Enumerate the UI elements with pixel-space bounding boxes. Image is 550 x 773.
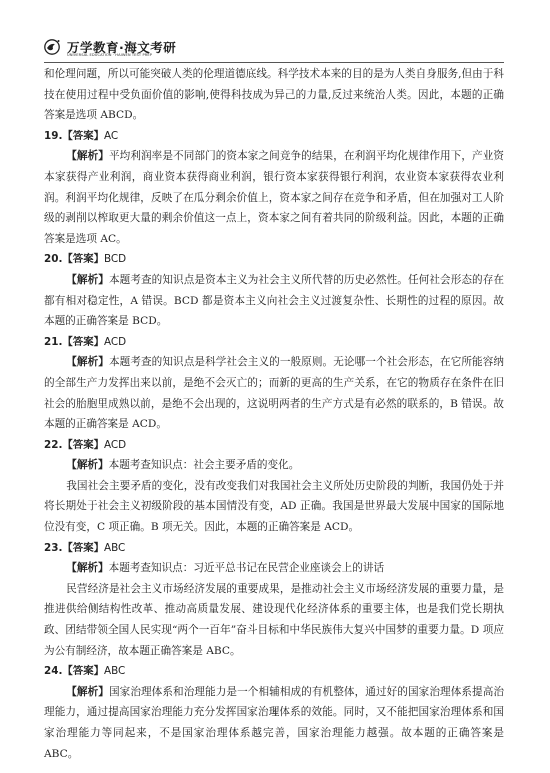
answer-label: 【答案】 [62, 336, 104, 348]
question-20-analysis: 【解析】本题考查的知识点是资本主义为社会主义所代替的历史必然性。任何社会形态的存… [44, 270, 504, 332]
question-number: 21. [44, 336, 62, 348]
analysis-text: 本题考查知识点：社会主要矛盾的变化。 [109, 459, 300, 471]
question-number: 22. [44, 439, 62, 451]
analysis-label: 【解析】 [66, 150, 109, 162]
answer-value: ACD [104, 336, 126, 348]
analysis-label: 【解析】 [66, 686, 109, 698]
analysis-label: 【解析】 [66, 459, 108, 471]
question-22-body: 我国社会主要矛盾的变化，没有改变我们对我国社会主义所处历史阶段的判断，我国仍处于… [44, 476, 504, 538]
answer-value: ABC [104, 665, 125, 677]
question-23-body: 民营经济是社会主义市场经济发展的重要成果，是推动社会主义市场经济发展的重要力量，… [44, 579, 504, 661]
header-divider [44, 62, 504, 63]
answer-label: 【答案】 [62, 439, 104, 451]
question-19-answer: 19.【答案】AC [44, 126, 504, 147]
answer-value: ABC [104, 542, 125, 554]
question-24-answer: 24.【答案】ABC [44, 661, 504, 682]
analysis-label: 【解析】 [66, 562, 108, 574]
analysis-text: 本题考查的知识点是科学社会主义的一般原则。无论哪一个社会形态，在它所能容纳的全部… [44, 356, 504, 430]
question-21-analysis: 【解析】本题考查的知识点是科学社会主义的一般原则。无论哪一个社会形态，在它所能容… [44, 352, 504, 434]
analysis-text: 本题考查知识点：习近平总书记在民营企业座谈会上的讲话 [109, 562, 384, 574]
question-19-analysis: 【解析】平均利润率是不同部门的资本家之间竞争的结果，在利润平均化规律作用下，产业… [44, 146, 504, 249]
question-21-answer: 21.【答案】ACD [44, 332, 504, 353]
question-number: 24. [44, 665, 62, 677]
question-20-answer: 20.【答案】BCD [44, 249, 504, 270]
answer-label: 【答案】 [62, 665, 104, 677]
question-24-analysis: 【解析】国家治理体系和治理能力是一个相辅相成的有机整体，通过好的国家治理体系提高… [44, 682, 504, 764]
question-23-analysis: 【解析】本题考查知识点：习近平总书记在民营企业座谈会上的讲话 [44, 558, 504, 579]
answer-label: 【答案】 [62, 253, 104, 265]
analysis-text: 国家治理体系和治理能力是一个相辅相成的有机整体，通过好的国家治理体系提高治理能力… [44, 686, 504, 760]
answer-label: 【答案】 [62, 542, 104, 554]
wanxue-logo-icon [44, 39, 60, 55]
answer-value: BCD [104, 253, 126, 265]
answer-label: 【答案】 [62, 130, 104, 142]
question-22-analysis: 【解析】本题考查知识点：社会主要矛盾的变化。 [44, 455, 504, 476]
analysis-text: 平均利润率是不同部门的资本家之间竞争的结果，在利润平均化规律作用下，产业资本家获… [44, 150, 504, 244]
analysis-label: 【解析】 [66, 274, 109, 286]
brand-tagline: UNIVERSAL EDUCATION · HAIWEN TEST PREP [67, 53, 152, 57]
document-body: 和伦理问题，所以可能突破人类的伦理道德底线。科学技术本来的目的是为人类自身服务,… [44, 64, 504, 764]
page-number: 4 [0, 709, 550, 719]
intro-paragraph: 和伦理问题，所以可能突破人类的伦理道德底线。科学技术本来的目的是为人类自身服务,… [44, 64, 504, 126]
answer-value: AC [104, 130, 118, 142]
page-header: 万学教育·海文考研 UNIVERSAL EDUCATION · HAIWEN T… [44, 38, 501, 60]
question-23-answer: 23.【答案】ABC [44, 538, 504, 559]
question-22-answer: 22.【答案】ACD [44, 435, 504, 456]
question-number: 23. [44, 542, 62, 554]
analysis-label: 【解析】 [66, 356, 109, 368]
question-number: 19. [44, 130, 62, 142]
question-number: 20. [44, 253, 62, 265]
analysis-text: 本题考查的知识点是资本主义为社会主义所代替的历史必然性。任何社会形态的存在都有相… [44, 274, 504, 327]
answer-value: ACD [104, 439, 126, 451]
